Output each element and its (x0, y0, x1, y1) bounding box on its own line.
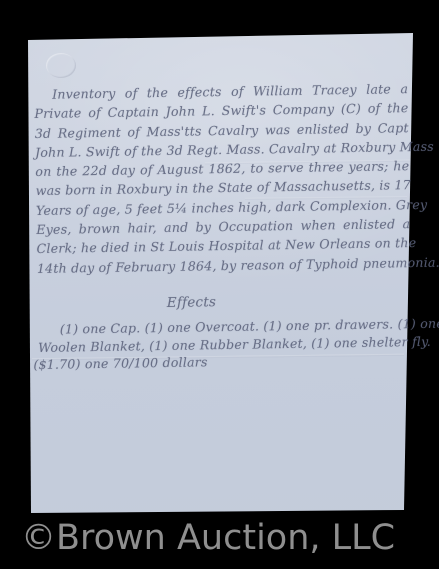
photo-canvas: Inventory of the effects of William Trac… (0, 0, 439, 569)
effects-list: (1) one Cap. (1) one Overcoat. (1) one p… (38, 315, 413, 374)
handwritten-text: Inventory of the effects of William Trac… (34, 79, 412, 374)
effects-heading: Effects (4, 291, 378, 316)
watermark-text: ©Brown Auction, LLC (21, 518, 395, 558)
embossed-seal-icon (46, 53, 76, 78)
